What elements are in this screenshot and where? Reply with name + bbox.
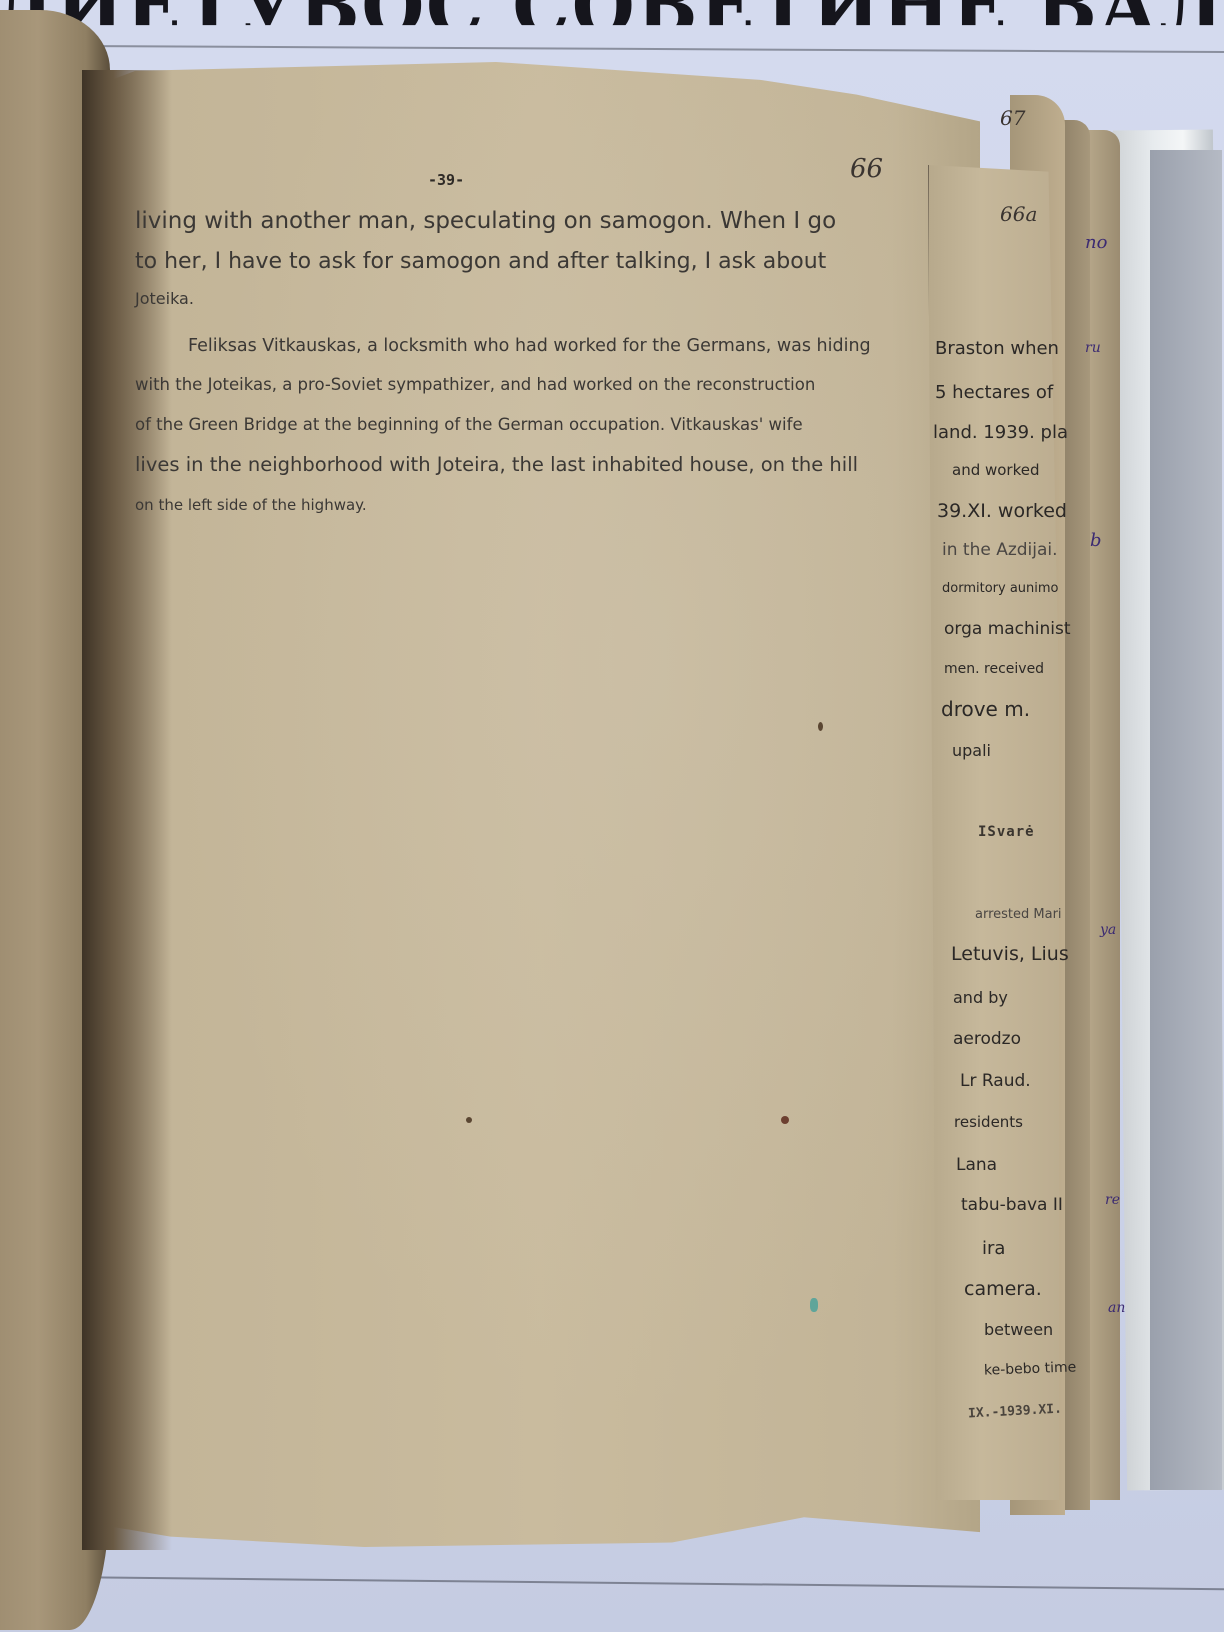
strip-line: land. 1939. pla: [933, 422, 1068, 443]
strip-line: Letuvis, Lius: [951, 943, 1069, 965]
paper-speck: [466, 1117, 472, 1123]
strip-line: upali: [952, 741, 991, 760]
paper-speck: [818, 722, 823, 731]
strip-line: ira: [982, 1238, 1005, 1259]
ink-mark: [810, 1298, 818, 1312]
edge-annotation: re: [1105, 1192, 1120, 1208]
strip-line: Lr Raud.: [960, 1071, 1031, 1091]
strip-line: residents: [954, 1113, 1023, 1131]
edge-annotation: b: [1090, 530, 1102, 551]
strip-line: aerodzo: [953, 1029, 1021, 1049]
document-page: [100, 62, 980, 1547]
strip-line: orga machinist: [944, 619, 1071, 639]
strip-line: drove m.: [941, 697, 1030, 721]
paragraph-line: lives in the neighborhood with Joteira, …: [135, 453, 858, 476]
edge-annotation: no: [1085, 232, 1107, 253]
paragraph-line: Feliksas Vitkauskas, a locksmith who had…: [188, 336, 871, 356]
paragraph-line: to her, I have to ask for samogon and af…: [135, 249, 826, 274]
cover-rule-bottom: [20, 1576, 1224, 1591]
paragraph-line: living with another man, speculating on …: [135, 208, 836, 234]
paragraph-line: on the left side of the highway.: [135, 496, 367, 514]
strip-typed-fragment: ISvarė: [978, 824, 1035, 840]
strip-line: in the Azdijai.: [942, 540, 1058, 560]
cover-rule-top: [70, 45, 1224, 53]
strip-line: 39.XI. worked: [937, 500, 1067, 522]
strip-line: 5 hectares of: [935, 382, 1053, 403]
strip-line: Braston when: [935, 338, 1059, 359]
strip-line: camera.: [964, 1278, 1042, 1300]
strip-line: ke-bebo time: [984, 1359, 1077, 1378]
white-sheet-shadow: [1150, 150, 1222, 1490]
strip-line: and by: [953, 988, 1008, 1007]
edge-annotation: ru: [1085, 340, 1101, 356]
strip-line: and worked: [952, 461, 1040, 479]
strip-line: men. received: [944, 661, 1044, 677]
strip-line: between: [984, 1320, 1053, 1339]
edge-annotation: an: [1108, 1300, 1125, 1316]
cover-title-fragment: ЛИЕТУВОС СОВЕТИНЕ ВАЛСТИЕ СОЦИАЛИЗТ: [0, 0, 1224, 25]
strip-folio-top: 67: [1000, 106, 1025, 130]
typed-page-number: -39-: [428, 171, 464, 189]
handwritten-folio-number: 66: [850, 154, 883, 184]
strip-line: Lana: [956, 1155, 997, 1175]
paper-speck: [781, 1116, 789, 1124]
paragraph-line: of the Green Bridge at the beginning of …: [135, 415, 803, 434]
edge-annotation: ya: [1100, 922, 1116, 938]
strip-line: arrested Mari: [975, 907, 1062, 922]
strip-line: tabu-bava II: [961, 1195, 1063, 1215]
paragraph-line: Joteika.: [135, 289, 194, 308]
paragraph-line: with the Joteikas, a pro-Soviet sympathi…: [135, 375, 815, 394]
strip-line: dormitory aunimo: [942, 581, 1059, 596]
strip-folio: 66a: [1000, 202, 1037, 226]
